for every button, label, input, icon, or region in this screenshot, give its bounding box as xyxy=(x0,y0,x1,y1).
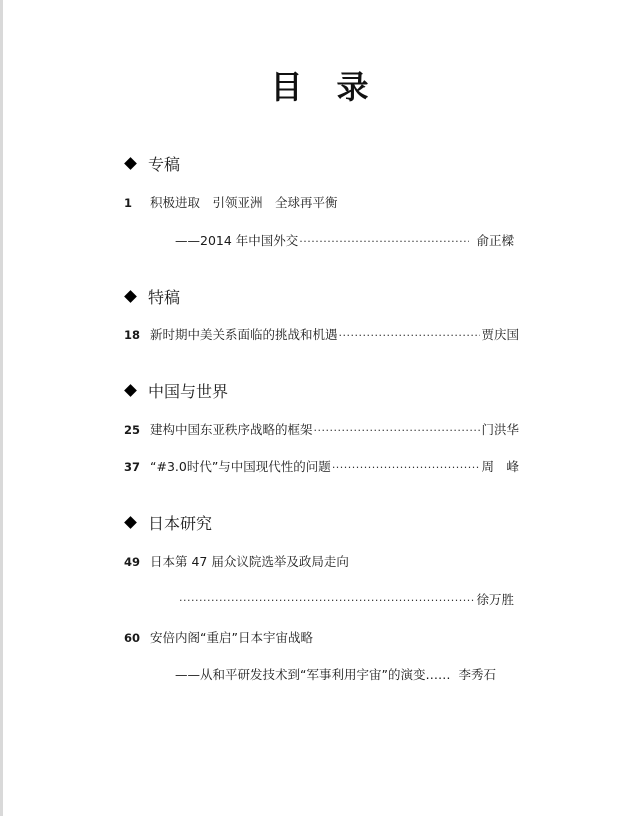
dot-leader xyxy=(314,424,481,437)
section-title: 专稿 xyxy=(148,152,180,175)
page-number: 60 xyxy=(124,631,150,645)
dot-leader xyxy=(179,594,475,607)
dot-leader xyxy=(299,235,469,248)
toc-entry[interactable]: 25 建构中国东亚秩序战略的框架 门洪华 xyxy=(124,420,519,438)
toc-entry[interactable]: 37 “#3.0时代”与中国现代性的问题 周 峰 xyxy=(124,457,519,475)
diamond-bullet-icon xyxy=(124,384,137,397)
page-title: 目录 xyxy=(0,62,639,108)
page-number: 25 xyxy=(124,423,150,437)
section-header-china-and-world: 中国与世界 xyxy=(124,379,228,402)
toc-page: 目录 专稿 1 积极进取 引领亚洲 全球再平衡 ——2014 年中国外交 俞正樑… xyxy=(0,0,639,816)
toc-entry[interactable]: 1 积极进取 引领亚洲 全球再平衡 xyxy=(124,193,519,211)
article-title: 日本第 47 届众议院选举及政局走向 xyxy=(150,552,349,570)
section-header-special-feature: 专稿 xyxy=(124,152,180,175)
dot-leader xyxy=(339,329,481,342)
page-number: 49 xyxy=(124,555,150,569)
toc-entry[interactable]: 18 新时期中美关系面临的挑战和机遇 贾庆国 xyxy=(124,325,519,343)
toc-subentry[interactable]: 徐万胜 xyxy=(178,590,514,608)
toc-entry[interactable]: 60 安倍内阁“重启”日本宇宙战略 xyxy=(124,628,519,646)
toc-entry[interactable]: 49 日本第 47 届众议院选举及政局走向 xyxy=(124,552,519,570)
diamond-bullet-icon xyxy=(124,290,137,303)
section-title: 特稿 xyxy=(148,285,180,308)
article-title: “#3.0时代”与中国现代性的问题 xyxy=(150,457,331,475)
dot-leader xyxy=(332,461,481,474)
article-title: 新时期中美关系面临的挑战和机遇 xyxy=(150,325,338,343)
section-header-special-article: 特稿 xyxy=(124,285,180,308)
article-title: 建构中国东亚秩序战略的框架 xyxy=(150,420,313,438)
author-name: 周 峰 xyxy=(481,457,519,475)
article-title: 安倍内阁“重启”日本宇宙战略 xyxy=(150,628,313,646)
section-header-japan-studies: 日本研究 xyxy=(124,511,212,534)
diamond-bullet-icon xyxy=(124,157,137,170)
author-name: 徐万胜 xyxy=(476,590,514,608)
toc-subentry[interactable]: ——从和平研发技术到“军事利用宇宙”的演变…… 李秀石 xyxy=(175,665,520,683)
toc-subentry[interactable]: ——2014 年中国外交 俞正樑 xyxy=(175,231,514,249)
article-subtitle: ——从和平研发技术到“军事利用宇宙”的演变…… xyxy=(175,665,450,683)
page-number: 37 xyxy=(124,460,150,474)
author-name: 门洪华 xyxy=(481,420,519,438)
diamond-bullet-icon xyxy=(124,516,137,529)
article-title: 积极进取 引领亚洲 全球再平衡 xyxy=(150,193,338,211)
author-name: 李秀石 xyxy=(458,665,496,683)
page-number: 18 xyxy=(124,328,150,342)
section-title: 中国与世界 xyxy=(148,379,228,402)
author-name: 俞正樑 xyxy=(476,231,514,249)
section-title: 日本研究 xyxy=(148,511,212,534)
page-number: 1 xyxy=(124,196,150,210)
author-name: 贾庆国 xyxy=(481,325,519,343)
article-subtitle: ——2014 年中国外交 xyxy=(175,231,298,249)
